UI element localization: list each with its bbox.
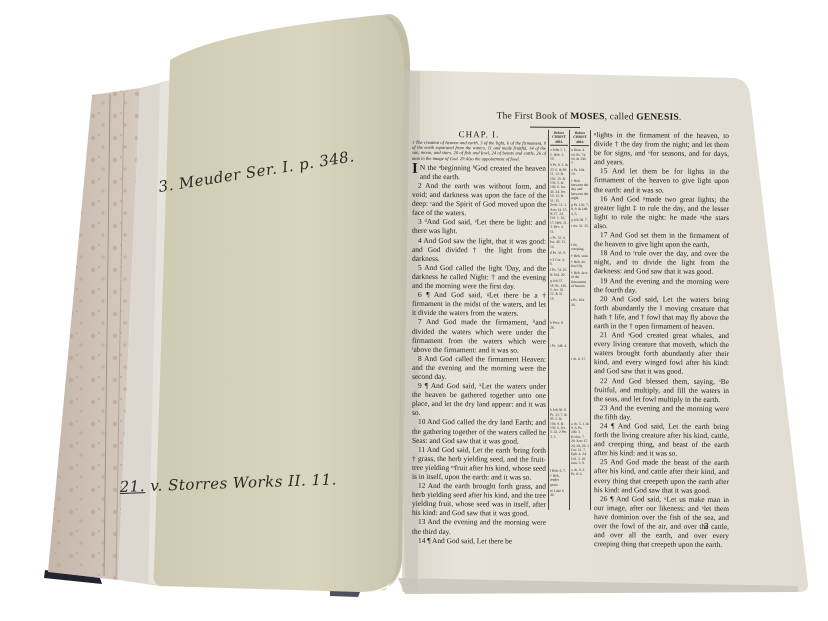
verse: 7 And God made the firmament, ʰand divid… <box>412 317 546 354</box>
verse: 13 And the evening and the morning were … <box>412 517 546 536</box>
verse: 3 ᵈAnd God said, ᵉLet there be light: an… <box>412 217 546 236</box>
marginal-references-1: Before CHRIST 4004. a John 1. 1, 2. Heb.… <box>548 130 570 510</box>
verses-left: IN the ᵃbeginning ᵇGod created the heave… <box>412 163 546 546</box>
verse: 22 And God blessed them, saying, ᵗBe fru… <box>594 376 729 404</box>
verse: 25 And God made the beast of the earth a… <box>594 457 729 494</box>
verse: 8 And God called the firmament Heaven: a… <box>412 354 546 382</box>
marginal-references-2: Before CHRIST 4004. n Deut. 4. 19. Ps. 7… <box>569 130 591 510</box>
verse: 14 ¶ And God said, Let there be <box>412 535 546 545</box>
verse: 2 And the earth was without form, and vo… <box>412 181 546 218</box>
verse: 5 And God called the light ᶠDay, and the… <box>412 263 546 291</box>
verse: 21 And ˢGod created great whales, and ev… <box>594 330 729 376</box>
verse: 20 And God said, Let the waters bring fo… <box>594 294 729 331</box>
verse: 24 ¶ And God said, Let the earth bring f… <box>594 421 729 458</box>
verse: 17 And God set them in the firmament of … <box>594 230 729 249</box>
verse: 9 ¶ And God said, ᵏLet the waters under … <box>412 381 546 418</box>
verse: ⁿlights in the firmament of the heaven, … <box>594 130 729 167</box>
verse: 11 And God said, Let the earth ˡbring fo… <box>412 445 546 482</box>
book-photo: 3. Meuder Ser. I. p. 348. 21. v. Storres… <box>0 0 828 621</box>
inscription-number: 21. <box>119 477 145 496</box>
verse: 16 And God ᵖmade two great lights; the g… <box>594 194 729 231</box>
printed-page-genesis: The First Book of MOSES, called GENESIS.… <box>412 108 747 528</box>
verse: 19 And the evening and the morning were … <box>594 276 729 295</box>
verses-right: ⁿlights in the firmament of the heaven, … <box>594 130 729 549</box>
chapter-heading: CHAP. I. <box>412 129 546 140</box>
verse: 12 And the earth brought forth grass, an… <box>412 481 546 518</box>
page-number: 3 <box>704 521 709 531</box>
chapter-summary: 1 The creation of heaven and earth, 3 of… <box>412 140 546 162</box>
drop-cap: I <box>412 163 418 175</box>
text-column-right: ⁿlights in the firmament of the heaven, … <box>594 130 729 549</box>
running-head: The First Book of MOSES, called GENESIS. <box>444 111 734 123</box>
verse: 18 And to ʳrule over the day, and over t… <box>594 248 729 276</box>
verse: 4 And God saw the light, that it was goo… <box>412 235 546 263</box>
verse: 6 ¶ And God said, ᵍLet there be a † firm… <box>412 290 546 318</box>
text-column-left: CHAP. I. 1 The creation of heaven and ea… <box>412 129 546 546</box>
verse: 15 And let them be for lights in the fir… <box>594 166 729 194</box>
head-divider <box>530 127 580 128</box>
verse: 10 And God called the dry land Earth; an… <box>412 417 546 445</box>
verse: 23 And the evening and the morning were … <box>594 403 729 422</box>
